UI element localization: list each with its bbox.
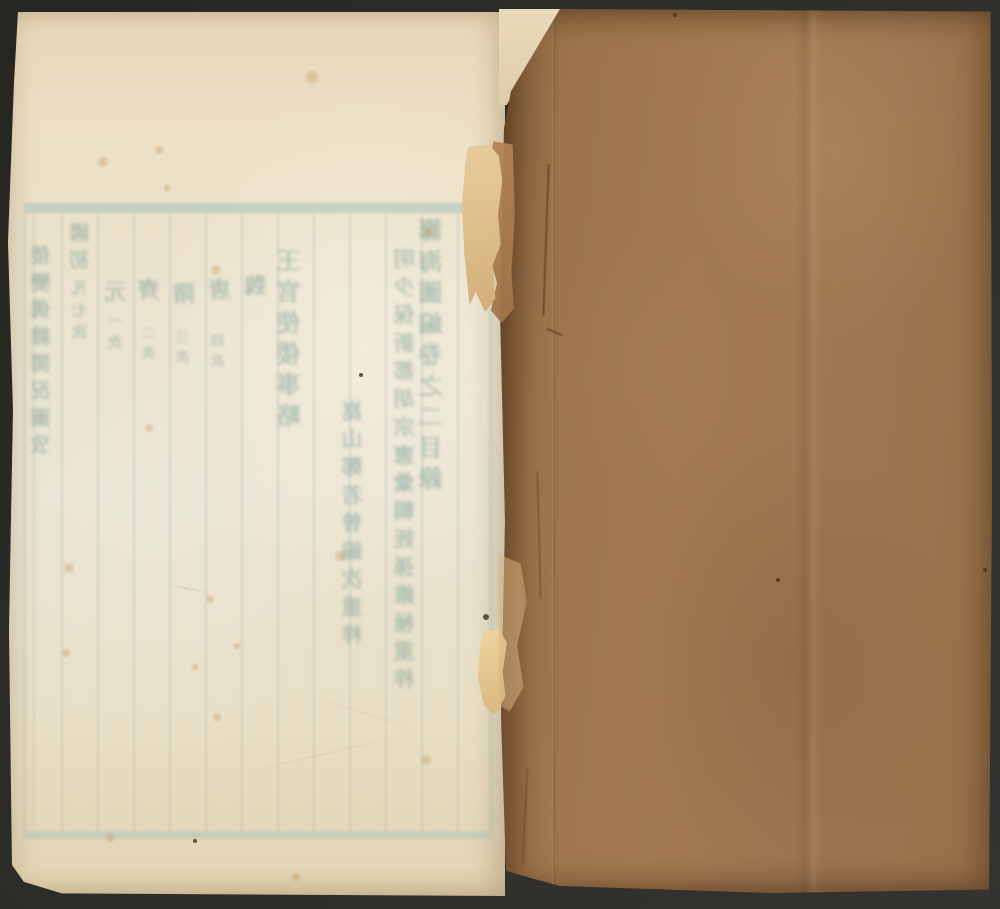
foxing-spot bbox=[210, 264, 222, 276]
ghost-text-column: 元 bbox=[107, 280, 129, 309]
ghost-text-column: 倭變傋雜閱況圖攷 bbox=[32, 245, 52, 461]
ghost-text-column: 籌海圖編卷之二目錄 bbox=[421, 218, 445, 497]
cover-crack bbox=[536, 471, 541, 599]
ghost-text-column: 王官使倭事略 bbox=[279, 248, 303, 434]
ghost-text-column: 隋 bbox=[175, 282, 197, 311]
cover-crack bbox=[542, 164, 549, 316]
ghost-column-rule bbox=[169, 213, 171, 831]
ink-speck bbox=[359, 373, 363, 377]
foxing-spot bbox=[304, 69, 320, 85]
cover-fold-shading bbox=[796, 9, 822, 893]
left-page: 籌海圖編卷之二目錄明少保新都胡宗憲彙輯姪孫維極重梓崑山鄭若曾編次重梓王官使倭事略… bbox=[7, 12, 505, 896]
ghost-column-rule bbox=[205, 213, 207, 831]
foxing-spot bbox=[97, 156, 109, 168]
ghost-text-column: 齊 bbox=[140, 278, 162, 307]
ghost-column-rule bbox=[61, 213, 63, 831]
foxing-spot bbox=[61, 648, 71, 658]
ghost-text-column: 三次 bbox=[178, 330, 191, 370]
back-cover bbox=[500, 9, 992, 893]
foxing-spot bbox=[420, 754, 432, 766]
ghost-text-column: 明少保新都胡宗憲彙輯姪孫維極重梓 bbox=[395, 248, 416, 696]
ghost-text-column: 四次 bbox=[213, 334, 226, 374]
ghost-text-column: 凡七次 bbox=[73, 280, 88, 346]
foxing-spot bbox=[63, 562, 75, 574]
foxing-spot bbox=[233, 642, 241, 650]
foxing-spot bbox=[163, 184, 171, 192]
cover-speck bbox=[673, 13, 677, 17]
ink-speck bbox=[193, 839, 197, 843]
ghost-column-rule bbox=[97, 213, 99, 831]
ghost-column-rule bbox=[133, 213, 135, 831]
cover-crack bbox=[521, 769, 528, 865]
foxing-spot bbox=[205, 594, 215, 604]
foxing-spot bbox=[291, 872, 301, 882]
ghost-text-column: 崑山鄭若曾編次重梓 bbox=[343, 400, 364, 652]
ink-speck bbox=[483, 614, 489, 620]
foxing-spot bbox=[144, 423, 154, 433]
ghost-text-column: 國初 bbox=[71, 222, 91, 276]
foxing-spot bbox=[154, 145, 164, 155]
ghost-column-rule bbox=[241, 213, 243, 831]
ghost-text-column: 一次 bbox=[109, 314, 123, 356]
ghost-text-column: 唐 bbox=[211, 278, 233, 307]
foxing-spot bbox=[212, 712, 222, 722]
cover-speck bbox=[983, 568, 987, 572]
spine-fold-crease bbox=[552, 9, 555, 893]
foxing-spot bbox=[105, 833, 115, 843]
cover-speck bbox=[776, 578, 780, 582]
foxing-spot bbox=[191, 663, 199, 671]
ghost-column-rule bbox=[457, 213, 459, 831]
foxing-spot bbox=[334, 550, 346, 562]
ghost-column-rule bbox=[313, 213, 315, 831]
ghost-text-column: 魏 bbox=[247, 274, 269, 303]
photo-backdrop: 籌海圖編卷之二目錄明少保新都胡宗憲彙輯姪孫維極重梓崑山鄭若曾編次重梓王官使倭事略… bbox=[0, 0, 1000, 909]
foxing-spot bbox=[423, 227, 433, 237]
ghost-text-column: 二次 bbox=[144, 326, 157, 366]
